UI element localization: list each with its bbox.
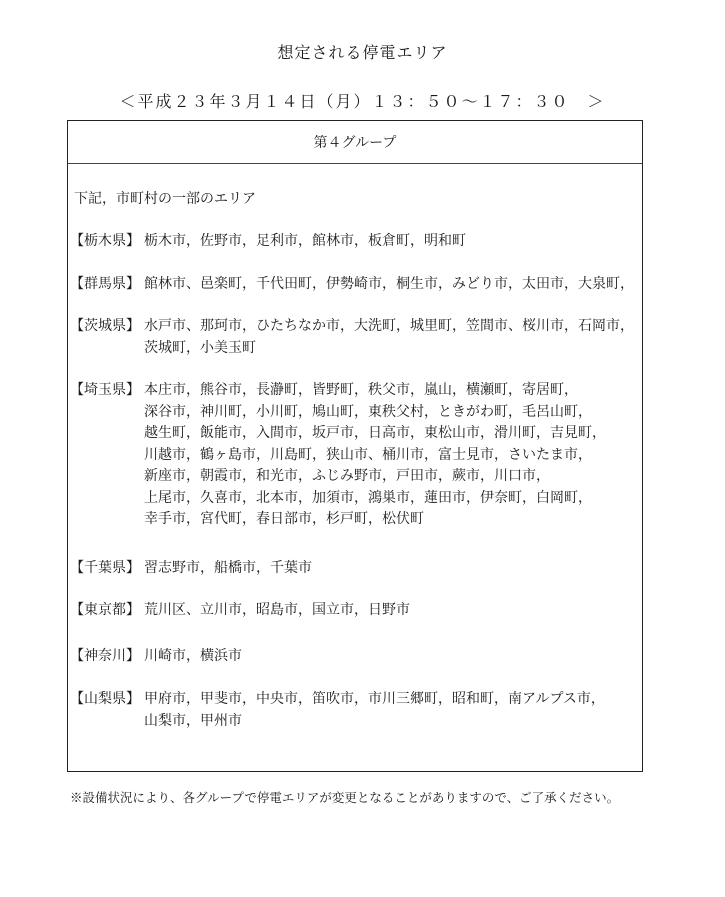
prefecture-yamanashi: 【山梨県】 甲府市，甲斐市，中央市，笛吹市，市川三郷町，昭和町，南アルプス市， …: [70, 689, 639, 732]
prefecture-tochigi: 【栃木県】 栃木市，佐野市，足利市，館林市，板倉町，明和町: [70, 231, 639, 253]
prefecture-ibaraki: 【茨城県】 水戸市、那珂市，ひたちなか市，大洗町，城里町，笠間市、桜川市，石岡市…: [70, 316, 639, 359]
prefecture-label: 【山梨県】: [70, 689, 144, 732]
prefecture-gunma: 【群馬県】 館林市、邑楽町，千代田町，伊勢崎市，桐生市，みどり市，太田市，大泉町…: [70, 274, 639, 296]
prefecture-cities: 荒川区、立川市，昭島市，国立市，日野市: [144, 600, 639, 622]
prefecture-cities: 甲府市，甲斐市，中央市，笛吹市，市川三郷町，昭和町，南アルプス市， 山梨市，甲州…: [144, 689, 639, 732]
group-header: 第４グループ: [68, 121, 642, 164]
prefecture-chiba: 【千葉県】 習志野市，船橋市，千葉市: [70, 558, 639, 580]
prefecture-saitama: 【埼玉県】 本庄市，熊谷市，長瀞町，皆野町，秩父市，嵐山，横瀬町，寄居町， 深谷…: [70, 380, 639, 531]
prefecture-kanagawa: 【神奈川】 川崎市，横浜市: [70, 646, 639, 668]
prefecture-cities: 本庄市，熊谷市，長瀞町，皆野町，秩父市，嵐山，横瀬町，寄居町， 深谷市，神川町，…: [144, 380, 639, 531]
group-area-box: 第４グループ 下記，市町村の一部のエリア 【栃木県】 栃木市，佐野市，足利市，館…: [67, 120, 643, 772]
document-title: 想定される停電エリア: [0, 40, 725, 63]
prefecture-label: 【茨城県】: [70, 316, 144, 359]
prefecture-label: 【栃木県】: [70, 231, 144, 253]
prefecture-cities: 水戸市、那珂市，ひたちなか市，大洗町，城里町，笠間市、桜川市，石岡市， 茨城町，…: [144, 316, 639, 359]
date-time-range: ＜平成２３年３月１４日（月）１３：５０～１７：３０ ＞: [0, 89, 725, 112]
prefecture-cities: 川崎市，横浜市: [144, 646, 639, 668]
prefecture-label: 【埼玉県】: [70, 380, 144, 531]
intro-text: 下記，市町村の一部のエリア: [74, 188, 256, 208]
prefecture-label: 【千葉県】: [70, 558, 144, 580]
group-label: 第４グループ: [314, 132, 397, 152]
footnote: ※設備状況により、各グループで停電エリアが変更となることがありますので、ご了承く…: [70, 788, 619, 806]
prefecture-cities: 栃木市，佐野市，足利市，館林市，板倉町，明和町: [144, 231, 639, 253]
prefecture-cities: 習志野市，船橋市，千葉市: [144, 558, 639, 580]
prefecture-cities: 館林市、邑楽町，千代田町，伊勢崎市，桐生市，みどり市，太田市，大泉町，: [144, 274, 639, 296]
prefecture-label: 【神奈川】: [70, 646, 144, 668]
prefecture-label: 【群馬県】: [70, 274, 144, 296]
prefecture-label: 【東京都】: [70, 600, 144, 622]
prefecture-tokyo: 【東京都】 荒川区、立川市，昭島市，国立市，日野市: [70, 600, 639, 622]
